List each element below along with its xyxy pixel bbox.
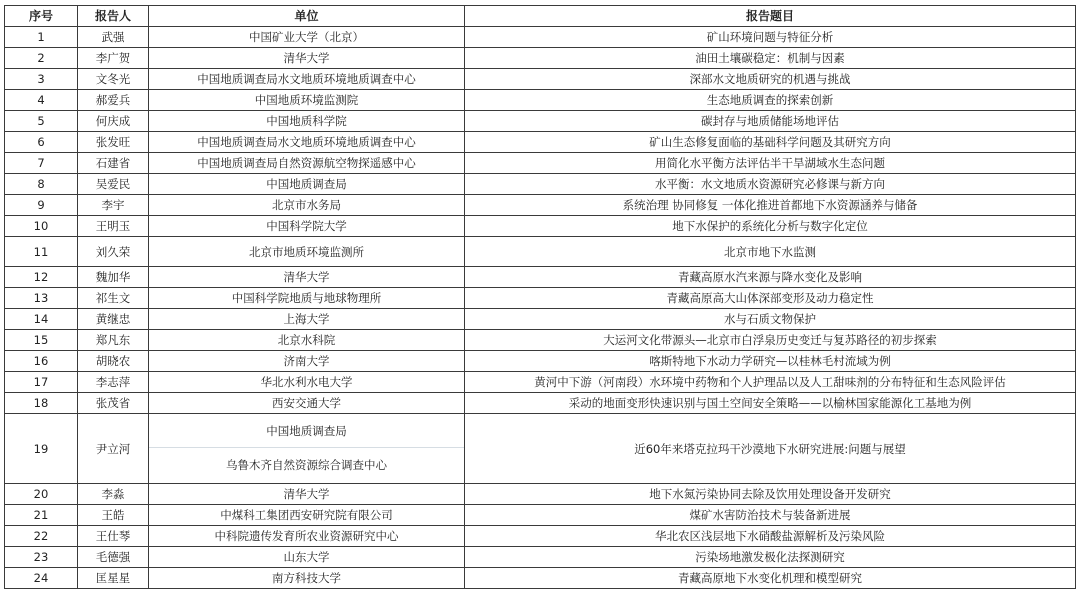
table-row: 15郑凡东北京水科院大运河文化带源头—北京市白浮泉历史变迁与复苏路径的初步探索 — [5, 330, 1076, 351]
cell-speaker: 李淼 — [78, 484, 149, 505]
cell-title: 矿山生态修复面临的基础科学问题及其研究方向 — [465, 132, 1076, 153]
cell-speaker: 尹立河 — [78, 414, 149, 484]
cell-index: 5 — [5, 111, 78, 132]
cell-affiliation: 西安交通大学 — [149, 393, 465, 414]
cell-affiliation: 中国矿业大学（北京） — [149, 27, 465, 48]
cell-index: 2 — [5, 48, 78, 69]
cell-speaker: 张茂省 — [78, 393, 149, 414]
cell-index: 17 — [5, 372, 78, 393]
cell-index: 23 — [5, 547, 78, 568]
cell-speaker: 石建省 — [78, 153, 149, 174]
table-row: 24匡星星南方科技大学青藏高原地下水变化机理和模型研究 — [5, 568, 1076, 589]
cell-speaker: 李宇 — [78, 195, 149, 216]
cell-affiliation: 清华大学 — [149, 267, 465, 288]
cell-title: 污染场地激发极化法探测研究 — [465, 547, 1076, 568]
cell-index: 3 — [5, 69, 78, 90]
cell-index: 19 — [5, 414, 78, 484]
cell-speaker: 李志萍 — [78, 372, 149, 393]
affiliation-line: 中国地质调查局 — [149, 416, 464, 448]
table-row: 17李志萍华北水利水电大学黄河中下游（河南段）水环境中药物和个人护理品以及人工甜… — [5, 372, 1076, 393]
cell-title: 青藏高原地下水变化机理和模型研究 — [465, 568, 1076, 589]
cell-title: 青藏高原高大山体深部变形及动力稳定性 — [465, 288, 1076, 309]
cell-title: 水平衡：水文地质水资源研究必修课与新方向 — [465, 174, 1076, 195]
table-row: 6张发旺中国地质调查局水文地质环境地质调查中心矿山生态修复面临的基础科学问题及其… — [5, 132, 1076, 153]
cell-affiliation: 中国地质调查局水文地质环境地质调查中心 — [149, 132, 465, 153]
table-row: 18张茂省西安交通大学采动的地面变形快速识别与国土空间安全策略——以榆林国家能源… — [5, 393, 1076, 414]
cell-index: 21 — [5, 505, 78, 526]
cell-index: 15 — [5, 330, 78, 351]
cell-affiliation: 中国地质调查局 — [149, 174, 465, 195]
cell-affiliation: 中国地质调查局乌鲁木齐自然资源综合调查中心 — [149, 414, 465, 484]
cell-speaker: 李广贺 — [78, 48, 149, 69]
header-speaker: 报告人 — [78, 6, 149, 27]
cell-affiliation: 南方科技大学 — [149, 568, 465, 589]
table-row: 23毛德强山东大学污染场地激发极化法探测研究 — [5, 547, 1076, 568]
cell-affiliation: 清华大学 — [149, 48, 465, 69]
cell-speaker: 吴爱民 — [78, 174, 149, 195]
cell-affiliation: 中国地质调查局自然资源航空物探遥感中心 — [149, 153, 465, 174]
table-row: 20李淼清华大学地下水氮污染协同去除及饮用处理设备开发研究 — [5, 484, 1076, 505]
table-row: 8吴爱民中国地质调查局水平衡：水文地质水资源研究必修课与新方向 — [5, 174, 1076, 195]
table-row: 3文冬光中国地质调查局水文地质环境地质调查中心深部水文地质研究的机遇与挑战 — [5, 69, 1076, 90]
cell-affiliation: 中国科学院地质与地球物理所 — [149, 288, 465, 309]
cell-index: 6 — [5, 132, 78, 153]
cell-index: 1 — [5, 27, 78, 48]
table-row: 9李宇北京市水务局系统治理 协同修复 一体化推进首都地下水资源涵养与储备 — [5, 195, 1076, 216]
cell-affiliation: 山东大学 — [149, 547, 465, 568]
table-row: 21王皓中煤科工集团西安研究院有限公司煤矿水害防治技术与装备新进展 — [5, 505, 1076, 526]
cell-affiliation: 中国地质科学院 — [149, 111, 465, 132]
cell-title: 采动的地面变形快速识别与国土空间安全策略——以榆林国家能源化工基地为例 — [465, 393, 1076, 414]
cell-index: 22 — [5, 526, 78, 547]
cell-speaker: 王皓 — [78, 505, 149, 526]
table-row: 19尹立河中国地质调查局乌鲁木齐自然资源综合调查中心近60年来塔克拉玛干沙漠地下… — [5, 414, 1076, 484]
cell-affiliation: 北京市水务局 — [149, 195, 465, 216]
cell-speaker: 匡星星 — [78, 568, 149, 589]
cell-affiliation: 华北水利水电大学 — [149, 372, 465, 393]
cell-index: 12 — [5, 267, 78, 288]
cell-index: 8 — [5, 174, 78, 195]
cell-title: 青藏高原水汽来源与降水变化及影响 — [465, 267, 1076, 288]
cell-speaker: 张发旺 — [78, 132, 149, 153]
affiliation-line: 乌鲁木齐自然资源综合调查中心 — [149, 448, 464, 482]
cell-title: 近60年来塔克拉玛干沙漠地下水研究进展:问题与展望 — [465, 414, 1076, 484]
cell-speaker: 黄继忠 — [78, 309, 149, 330]
cell-title: 黄河中下游（河南段）水环境中药物和个人护理品以及人工甜味剂的分布特征和生态风险评… — [465, 372, 1076, 393]
cell-speaker: 魏加华 — [78, 267, 149, 288]
cell-speaker: 胡晓农 — [78, 351, 149, 372]
cell-title: 北京市地下水监测 — [465, 237, 1076, 267]
cell-affiliation: 济南大学 — [149, 351, 465, 372]
cell-title: 水与石质文物保护 — [465, 309, 1076, 330]
table-row: 22王仕琴中科院遗传发育所农业资源研究中心华北农区浅层地下水硝酸盐源解析及污染风… — [5, 526, 1076, 547]
cell-title: 喀斯特地下水动力学研究—以桂林毛村流域为例 — [465, 351, 1076, 372]
cell-title: 用简化水平衡方法评估半干旱湖域水生态问题 — [465, 153, 1076, 174]
cell-speaker: 王明玉 — [78, 216, 149, 237]
cell-speaker: 祁生文 — [78, 288, 149, 309]
cell-index: 14 — [5, 309, 78, 330]
cell-title: 矿山环境问题与特征分析 — [465, 27, 1076, 48]
cell-index: 24 — [5, 568, 78, 589]
cell-index: 20 — [5, 484, 78, 505]
cell-affiliation: 中国科学院大学 — [149, 216, 465, 237]
cell-title: 深部水文地质研究的机遇与挑战 — [465, 69, 1076, 90]
table-row: 4郝爱兵中国地质环境监测院生态地质调查的探索创新 — [5, 90, 1076, 111]
cell-affiliation: 北京水科院 — [149, 330, 465, 351]
cell-title: 地下水氮污染协同去除及饮用处理设备开发研究 — [465, 484, 1076, 505]
cell-index: 11 — [5, 237, 78, 267]
cell-affiliation: 北京市地质环境监测所 — [149, 237, 465, 267]
table-header-row: 序号 报告人 单位 报告题目 — [5, 6, 1076, 27]
cell-title: 碳封存与地质储能场地评估 — [465, 111, 1076, 132]
table-row: 7石建省中国地质调查局自然资源航空物探遥感中心用简化水平衡方法评估半干旱湖域水生… — [5, 153, 1076, 174]
cell-speaker: 郝爱兵 — [78, 90, 149, 111]
cell-speaker: 刘久荣 — [78, 237, 149, 267]
cell-title: 华北农区浅层地下水硝酸盐源解析及污染风险 — [465, 526, 1076, 547]
cell-index: 10 — [5, 216, 78, 237]
table-row: 12魏加华清华大学青藏高原水汽来源与降水变化及影响 — [5, 267, 1076, 288]
table-row: 14黄继忠上海大学水与石质文物保护 — [5, 309, 1076, 330]
cell-index: 7 — [5, 153, 78, 174]
cell-speaker: 郑凡东 — [78, 330, 149, 351]
cell-title: 系统治理 协同修复 一体化推进首都地下水资源涵养与储备 — [465, 195, 1076, 216]
cell-title: 地下水保护的系统化分析与数字化定位 — [465, 216, 1076, 237]
cell-title: 大运河文化带源头—北京市白浮泉历史变迁与复苏路径的初步探索 — [465, 330, 1076, 351]
table-row: 10王明玉中国科学院大学地下水保护的系统化分析与数字化定位 — [5, 216, 1076, 237]
header-affiliation: 单位 — [149, 6, 465, 27]
table-row: 13祁生文中国科学院地质与地球物理所青藏高原高大山体深部变形及动力稳定性 — [5, 288, 1076, 309]
report-schedule-table: 序号 报告人 单位 报告题目 1武强中国矿业大学（北京）矿山环境问题与特征分析2… — [4, 5, 1076, 589]
cell-title: 生态地质调查的探索创新 — [465, 90, 1076, 111]
cell-speaker: 何庆成 — [78, 111, 149, 132]
cell-index: 9 — [5, 195, 78, 216]
cell-index: 13 — [5, 288, 78, 309]
cell-speaker: 王仕琴 — [78, 526, 149, 547]
cell-affiliation: 中国地质调查局水文地质环境地质调查中心 — [149, 69, 465, 90]
cell-index: 16 — [5, 351, 78, 372]
header-index: 序号 — [5, 6, 78, 27]
cell-index: 4 — [5, 90, 78, 111]
cell-affiliation: 中科院遗传发育所农业资源研究中心 — [149, 526, 465, 547]
table-row: 2李广贺清华大学油田土壤碳稳定：机制与因素 — [5, 48, 1076, 69]
cell-speaker: 文冬光 — [78, 69, 149, 90]
cell-title: 油田土壤碳稳定：机制与因素 — [465, 48, 1076, 69]
cell-affiliation: 上海大学 — [149, 309, 465, 330]
table-row: 16胡晓农济南大学喀斯特地下水动力学研究—以桂林毛村流域为例 — [5, 351, 1076, 372]
header-title: 报告题目 — [465, 6, 1076, 27]
table-row: 1武强中国矿业大学（北京）矿山环境问题与特征分析 — [5, 27, 1076, 48]
table-row: 5何庆成中国地质科学院碳封存与地质储能场地评估 — [5, 111, 1076, 132]
table-row: 11刘久荣北京市地质环境监测所北京市地下水监测 — [5, 237, 1076, 267]
cell-speaker: 毛德强 — [78, 547, 149, 568]
cell-title: 煤矿水害防治技术与装备新进展 — [465, 505, 1076, 526]
cell-index: 18 — [5, 393, 78, 414]
cell-affiliation: 清华大学 — [149, 484, 465, 505]
cell-affiliation: 中煤科工集团西安研究院有限公司 — [149, 505, 465, 526]
cell-speaker: 武强 — [78, 27, 149, 48]
cell-affiliation: 中国地质环境监测院 — [149, 90, 465, 111]
